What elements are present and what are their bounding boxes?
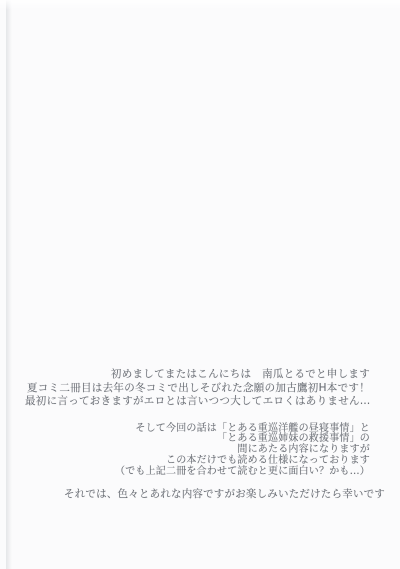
afterword-text: 初めましてまたはこんにちは 南瓜とるでと申します 夏コミ二冊目は去年の冬コミで出… [25, 368, 370, 501]
closing-line: それでは、色々とあれな内容ですがお楽しみいただけたら幸いです [25, 488, 385, 501]
afterword-line: （でも上記二冊を合わせて読むと更に面白い？かも…） [25, 467, 370, 478]
scan-edge-shading [6, 0, 12, 569]
closing-block: それでは、色々とあれな内容ですがお楽しみいただけたら幸いです [25, 488, 370, 501]
scanned-afterword-page: 初めましてまたはこんにちは 南瓜とるでと申します 夏コミ二冊目は去年の冬コミで出… [0, 0, 400, 569]
scan-edge-shading-top [0, 0, 400, 10]
afterword-line: 夏コミ二冊目は去年の冬コミで出しそびれた念願の加古鷹初H本です！ [25, 382, 370, 396]
greeting-block: 初めましてまたはこんにちは 南瓜とるでと申します 夏コミ二冊目は去年の冬コミで出… [25, 368, 370, 409]
paragraph-gap [25, 409, 370, 424]
afterword-line: 初めましてまたはこんにちは 南瓜とるでと申します [25, 368, 370, 382]
paragraph-gap [25, 477, 370, 488]
afterword-line: 最初に言っておきますがエロとは言いつつ大してエロくはありません… [25, 395, 370, 409]
story-note-block: そして今回の話は「とある重巡洋艦の昼寝事情」と 「とある重巡姉妹の救援事情」の … [25, 424, 370, 478]
